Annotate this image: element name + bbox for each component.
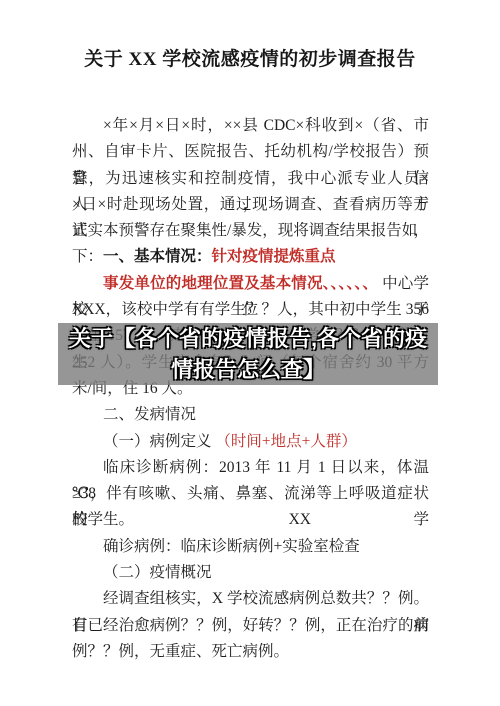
text-line: 息，为迅速核实和控制疫情，我中心派专业人员×人，于: [72, 166, 429, 192]
text-line: 确诊病例：临床诊断病例+实验室检查: [72, 534, 429, 560]
body-text-segment: 二、发病情况: [103, 406, 196, 423]
highlight-red-text: 针对疫情提炼重点: [212, 248, 336, 265]
text-line: 证实本预警存在聚集性/暴发，现将调查结果报告如下：: [72, 218, 429, 244]
highlight-red-text: 事发单位的地理位置及基本情况、、、、、、: [103, 275, 378, 292]
body-text-segment: ×年×月×日×时，××县 CDC×科收到×（省、市: [103, 117, 429, 134]
highlight-red-text: （时间+地点+人群）: [215, 433, 356, 450]
text-line: 经调查组核实，X 学校流感病例总数共？？例。目前: [72, 586, 429, 612]
text-line: ×年×月×日×时，××县 CDC×科收到×（省、市: [72, 113, 429, 139]
document-title: 关于 XX 学校流感疫情的初步调查报告: [0, 44, 500, 71]
text-line: 州、自审卡片、医院报告、托幼机构/学校报告）预警信: [72, 139, 429, 165]
text-line: XXX，该校中学有有学生？？人，其中初中学生 356 人（住: [72, 297, 429, 323]
body-text-segment: 校学生。: [72, 511, 134, 528]
body-text-segment: 确诊病例：临床诊断病例+实验室检查: [103, 538, 360, 555]
document-page: 关于 XX 学校流感疫情的初步调查报告 ×年×月×日×时，××县 CDC×科收到…: [0, 0, 500, 706]
body-text-segment: 例？？例，无重症、死亡病例。: [72, 643, 289, 660]
text-line: 例？？例，无重症、死亡病例。: [72, 639, 429, 665]
caption-text: 关于【各个省的疫情报告,各个省的疫情报告怎么查】: [58, 323, 438, 385]
caption-overlay: 关于【各个省的疫情报告,各个省的疫情报告怎么查】: [58, 323, 438, 385]
text-line: 一、基本情况：针对疫情提炼重点: [72, 244, 429, 270]
body-text-segment: （二）疫情概况: [103, 564, 212, 581]
body-text-segment: 一、基本情况：: [103, 248, 212, 265]
body-text-segment: 有已经治愈病例？？例，好转？？例，正在治疗的病: [72, 617, 429, 634]
text-line: 事发单位的地理位置及基本情况、、、、、、 中心学校位于: [72, 271, 429, 297]
text-line: 有已经治愈病例？？例，好转？？例，正在治疗的病: [72, 613, 429, 639]
text-line: 临床诊断病例：2013 年 11 月 1 日以来，体温≥38: [72, 455, 429, 481]
document-body: ×年×月×日×时，××县 CDC×科收到×（省、市州、自审卡片、医院报告、托幼机…: [72, 113, 429, 665]
text-line: （一）病例定义 （时间+地点+人群）: [72, 429, 429, 455]
body-text-segment: （一）病例定义: [103, 433, 215, 450]
text-line: ℃，伴有咳嗽、头痛、鼻塞、流涕等上呼吸道症状的 XX 学: [72, 481, 429, 507]
text-line: （二）疫情概况: [72, 560, 429, 586]
text-line: ×日×时赴现场处置，通过现场调查、查看病历等方式，: [72, 192, 429, 218]
text-line: 二、发病情况: [72, 402, 429, 428]
